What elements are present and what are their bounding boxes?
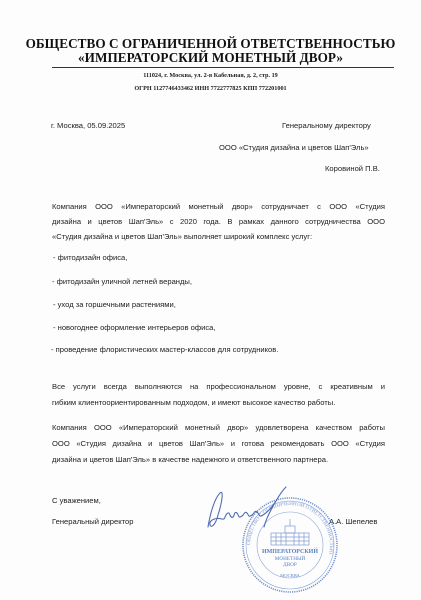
signature-icon (200, 485, 290, 535)
paragraph-line: ООО «Студия дизайна и цветов Шап'Эль» и … (52, 436, 385, 452)
paragraph-line: Компания ООО «Императорский монетный дво… (52, 199, 385, 214)
stamp-line1: ИМПЕРАТОРСКИЙ (262, 547, 318, 555)
service-item: - уход за горшечными растениями, (53, 300, 176, 309)
signer-title: Генеральный директор (52, 517, 133, 526)
org-registration: ОГРН 1127746433462 ИНН 7722777825 КПП 77… (0, 85, 421, 92)
service-item: - новогоднее оформление интерьеров офиса… (53, 323, 216, 332)
city-date: г. Москва, 05.09.2025 (51, 121, 125, 130)
recommendation-paragraph: Компания ООО «Императорский монетный дво… (52, 420, 385, 468)
letterhead-divider (52, 67, 394, 68)
paragraph-line: Все услуги всегда выполняются на професс… (52, 379, 385, 395)
stamp-line3: ДВОР (283, 562, 297, 568)
service-item: - проведение флористических мастер-класс… (51, 345, 278, 354)
stamp-line2: МОНЕТНЫЙ (275, 554, 306, 562)
paragraph-line: дизайна и цветов Шап'Эль» в качестве над… (52, 452, 385, 468)
service-item: - фитодизайн офиса, (53, 253, 127, 262)
paragraph-line: «Студия дизайна и цветов Шап'Эль» выполн… (52, 229, 385, 244)
addressee-name: Коровиной П.В. (325, 164, 380, 173)
paragraph-line: дизайна и цветов Шап'Эль» с 2020 года. В… (52, 214, 385, 229)
org-name-line2: «ИМПЕРАТОРСКИЙ МОНЕТНЫЙ ДВОР» (0, 50, 421, 66)
paragraph-line: Компания ООО «Императорский монетный дво… (52, 420, 385, 436)
letter-page: ОБЩЕСТВО С ОГРАНИЧЕННОЙ ОТВЕТСТВЕННОСТЬЮ… (0, 0, 421, 600)
addressee-company: ООО «Студия дизайна и цветов Шап'Эль» (219, 143, 369, 152)
intro-paragraph: Компания ООО «Императорский монетный дво… (52, 199, 385, 244)
paragraph-line: гибким клиентоориентированным подходом, … (52, 395, 385, 411)
stamp-bottom: МОСКВА (280, 573, 300, 578)
service-item: - фитодизайн уличной летней веранды, (52, 277, 192, 286)
org-address: 111024, г. Москва, ул. 2-я Кабельная, д.… (0, 72, 421, 79)
quality-paragraph: Все услуги всегда выполняются на професс… (52, 379, 385, 411)
closing-phrase: С уважением, (52, 496, 101, 505)
addressee-position: Генеральному директору (282, 121, 371, 130)
